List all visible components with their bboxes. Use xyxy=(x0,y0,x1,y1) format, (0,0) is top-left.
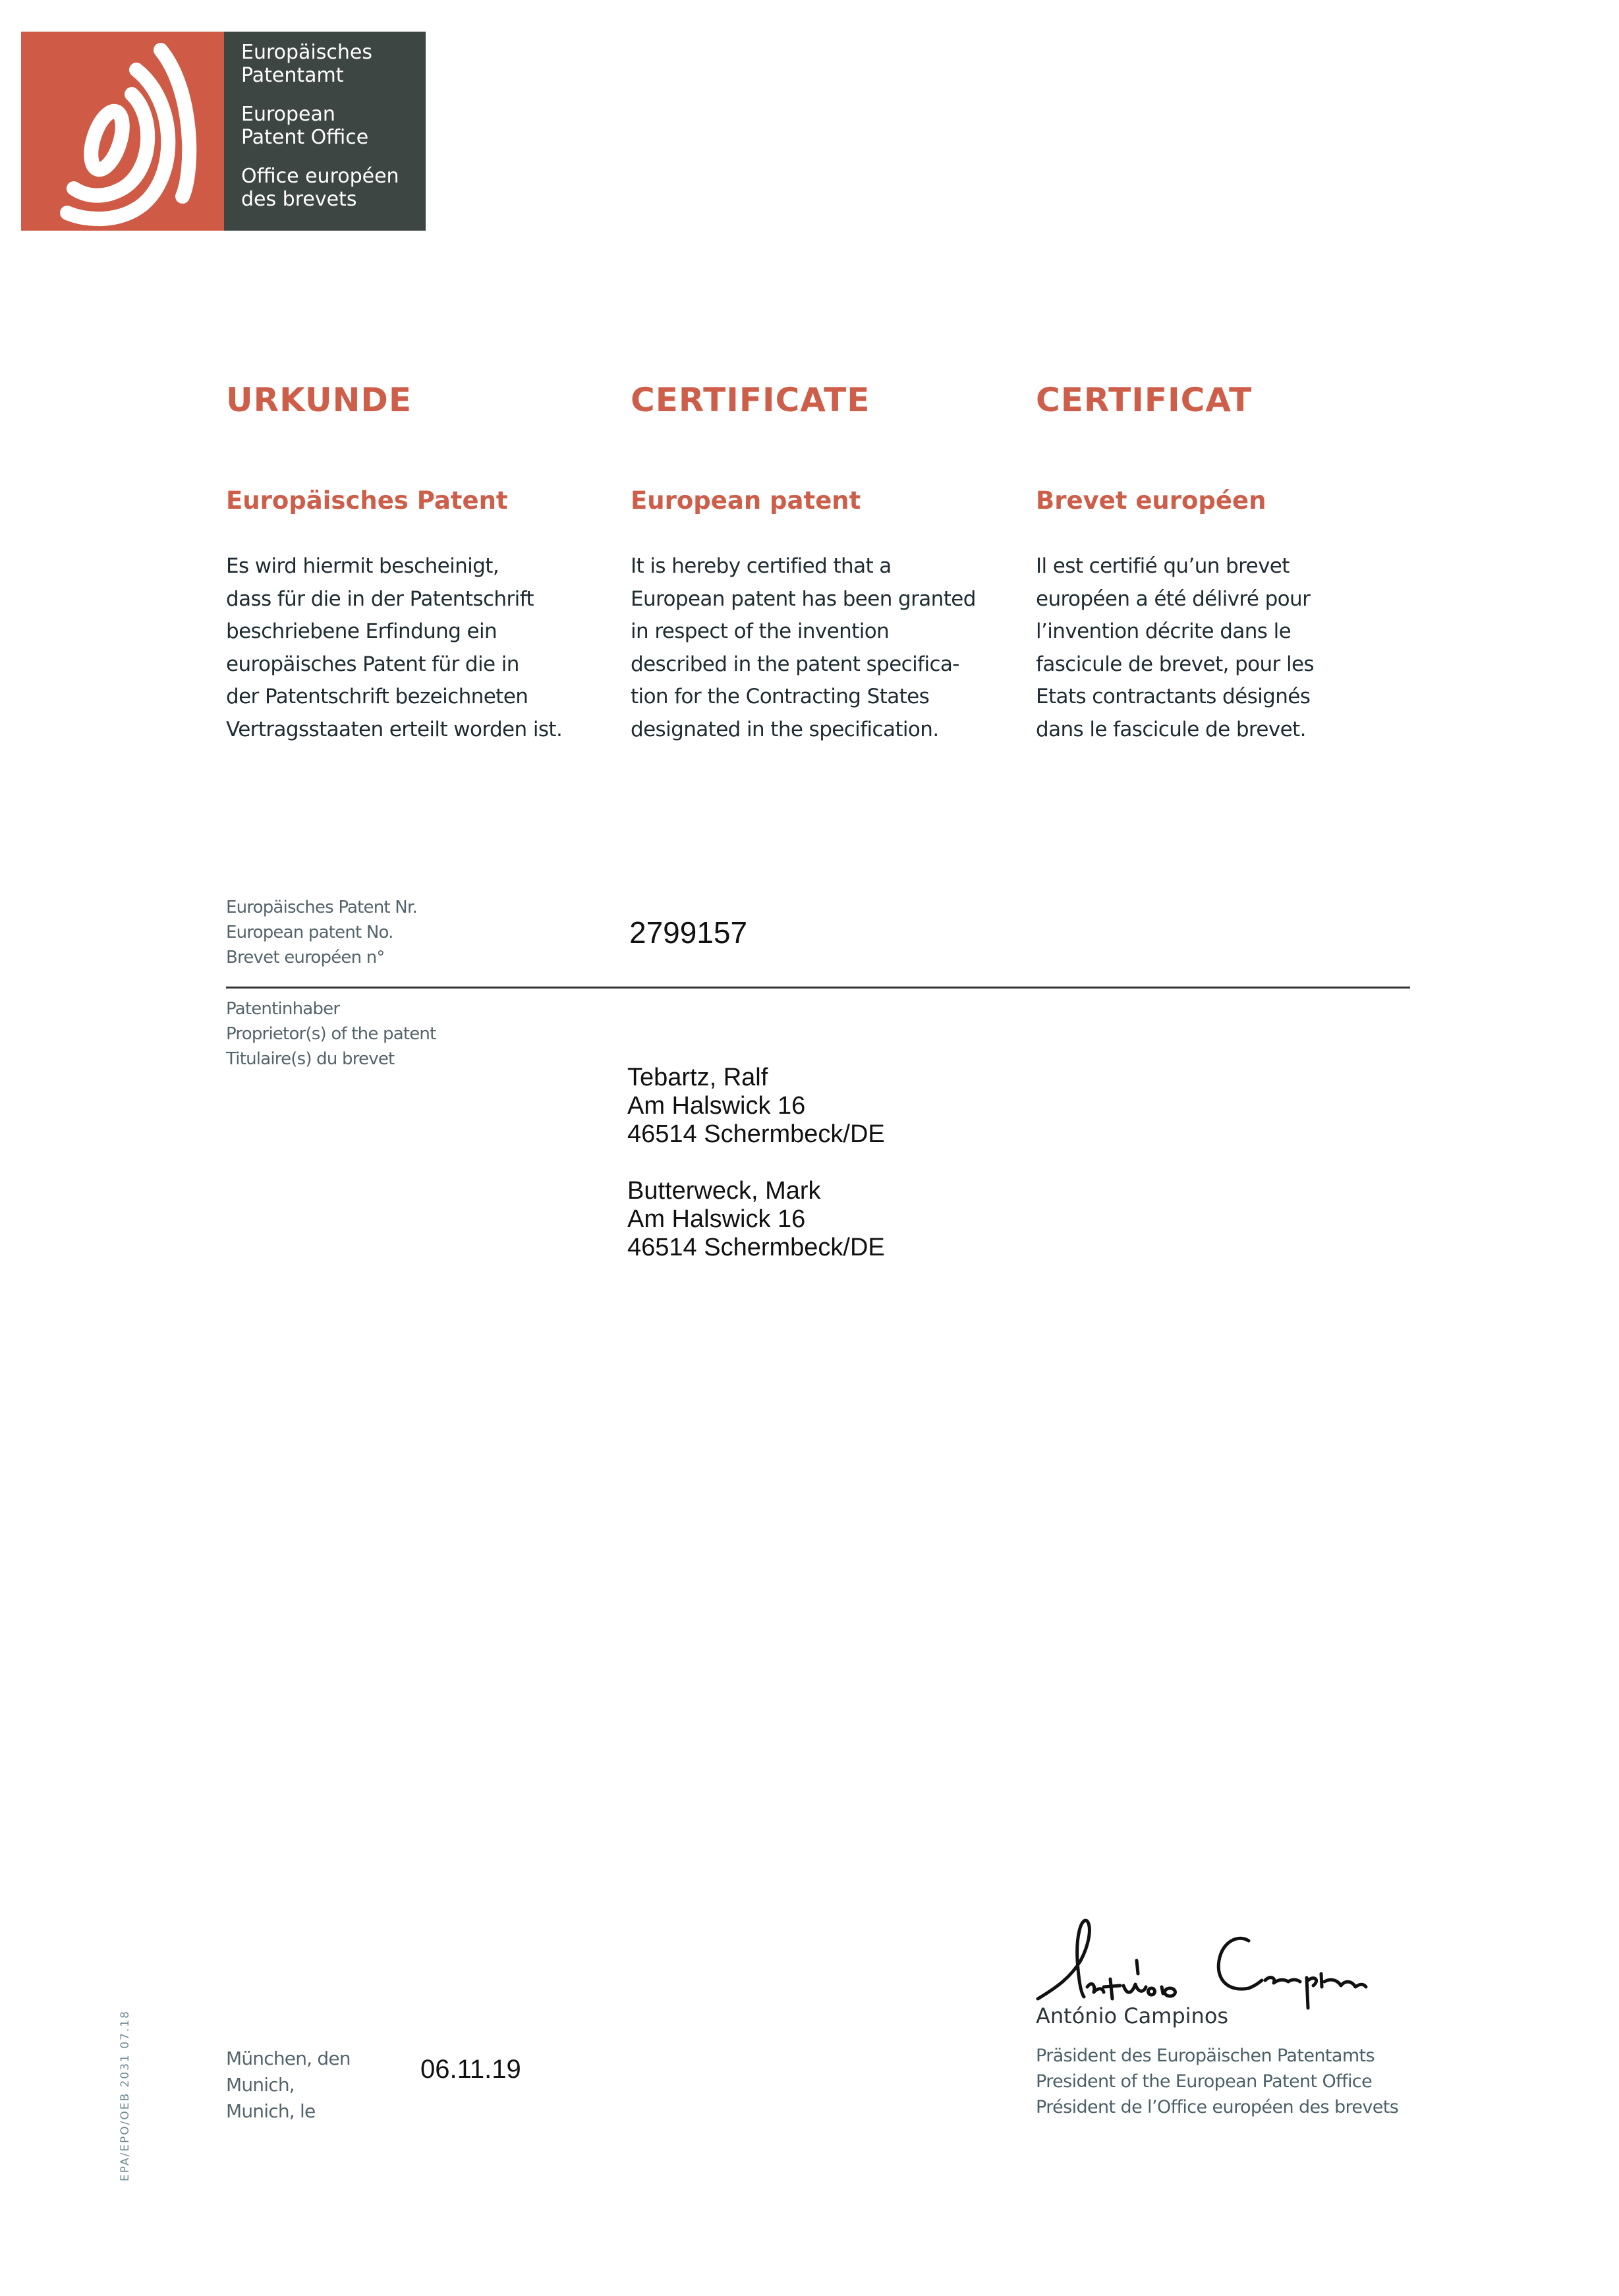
place-label-fr: Munich, le xyxy=(226,2098,351,2125)
title-fr: CERTIFICAT xyxy=(1036,381,1252,419)
subtitle-en: European patent xyxy=(631,486,861,515)
signatory-titles: Präsident des Europäischen Patentamts Pr… xyxy=(1036,2043,1398,2120)
certification-text-en: It is hereby certified that a European p… xyxy=(631,550,976,746)
subtitle-fr: Brevet européen xyxy=(1036,486,1266,515)
place-label-en: Munich, xyxy=(226,2072,351,2098)
certification-text-fr: Il est certifié qu’un brevet européen a … xyxy=(1036,550,1314,746)
logo-name-en-1: European xyxy=(241,103,426,126)
patent-number-label-en: European patent No. xyxy=(226,920,417,945)
proprietor-name: Tebartz, Ralf xyxy=(627,1064,885,1092)
proprietor-labels: Patentinhaber Proprietor(s) of the paten… xyxy=(226,996,436,1072)
place-label-de: München, den xyxy=(226,2046,351,2072)
title-en: CERTIFICATE xyxy=(631,381,870,419)
proprietor-city: 46514 Schermbeck/DE xyxy=(627,1120,885,1149)
patent-number-label-fr: Brevet européen n° xyxy=(226,945,417,970)
epo-logo-text: Europäisches Patentamt European Patent O… xyxy=(224,32,426,231)
epo-logo: Europäisches Patentamt European Patent O… xyxy=(21,32,426,231)
logo-name-fr-2: des brevets xyxy=(241,188,426,211)
logo-name-de-1: Europäisches xyxy=(241,41,426,64)
place-labels: München, den Munich, Munich, le xyxy=(226,2046,351,2125)
form-code: EPA/EPO/OEB 2031 07.18 xyxy=(119,1997,132,2195)
subtitle-de: Europäisches Patent xyxy=(226,486,508,515)
proprietor-street: Am Halswick 16 xyxy=(627,1092,885,1120)
proprietor-entry: Butterweck, Mark Am Halswick 16 46514 Sc… xyxy=(627,1177,885,1262)
signatory-title-de: Präsident des Europäischen Patentamts xyxy=(1036,2043,1398,2069)
proprietor-name: Butterweck, Mark xyxy=(627,1177,885,1205)
logo-name-de-2: Patentamt xyxy=(241,64,426,87)
epo-emblem-icon xyxy=(21,32,224,231)
patent-number: 2799157 xyxy=(629,915,747,950)
proprietor-label-fr: Titulaire(s) du brevet xyxy=(226,1047,436,1072)
patent-number-labels: Europäisches Patent Nr. European patent … xyxy=(226,895,417,970)
signature-icon xyxy=(1031,1914,1400,2013)
signatory-title-fr: Président de l’Office européen des breve… xyxy=(1036,2094,1398,2120)
proprietor-entry: Tebartz, Ralf Am Halswick 16 46514 Scher… xyxy=(627,1064,885,1149)
logo-name-en-2: Patent Office xyxy=(241,126,426,149)
proprietor-city: 46514 Schermbeck/DE xyxy=(627,1234,885,1262)
proprietor-label-de: Patentinhaber xyxy=(226,996,436,1021)
logo-name-fr-1: Office européen xyxy=(241,165,426,188)
patent-number-label-de: Europäisches Patent Nr. xyxy=(226,895,417,920)
title-de: URKUNDE xyxy=(226,381,412,419)
signatory-title-en: President of the European Patent Office xyxy=(1036,2069,1398,2094)
proprietor-street: Am Halswick 16 xyxy=(627,1205,885,1234)
certification-text-de: Es wird hiermit bescheinigt, dass für di… xyxy=(226,550,562,746)
proprietor-label-en: Proprietor(s) of the patent xyxy=(226,1021,436,1047)
divider xyxy=(226,987,1410,989)
signatory-name: António Campinos xyxy=(1036,2003,1228,2028)
issue-date: 06.11.19 xyxy=(420,2055,521,2084)
